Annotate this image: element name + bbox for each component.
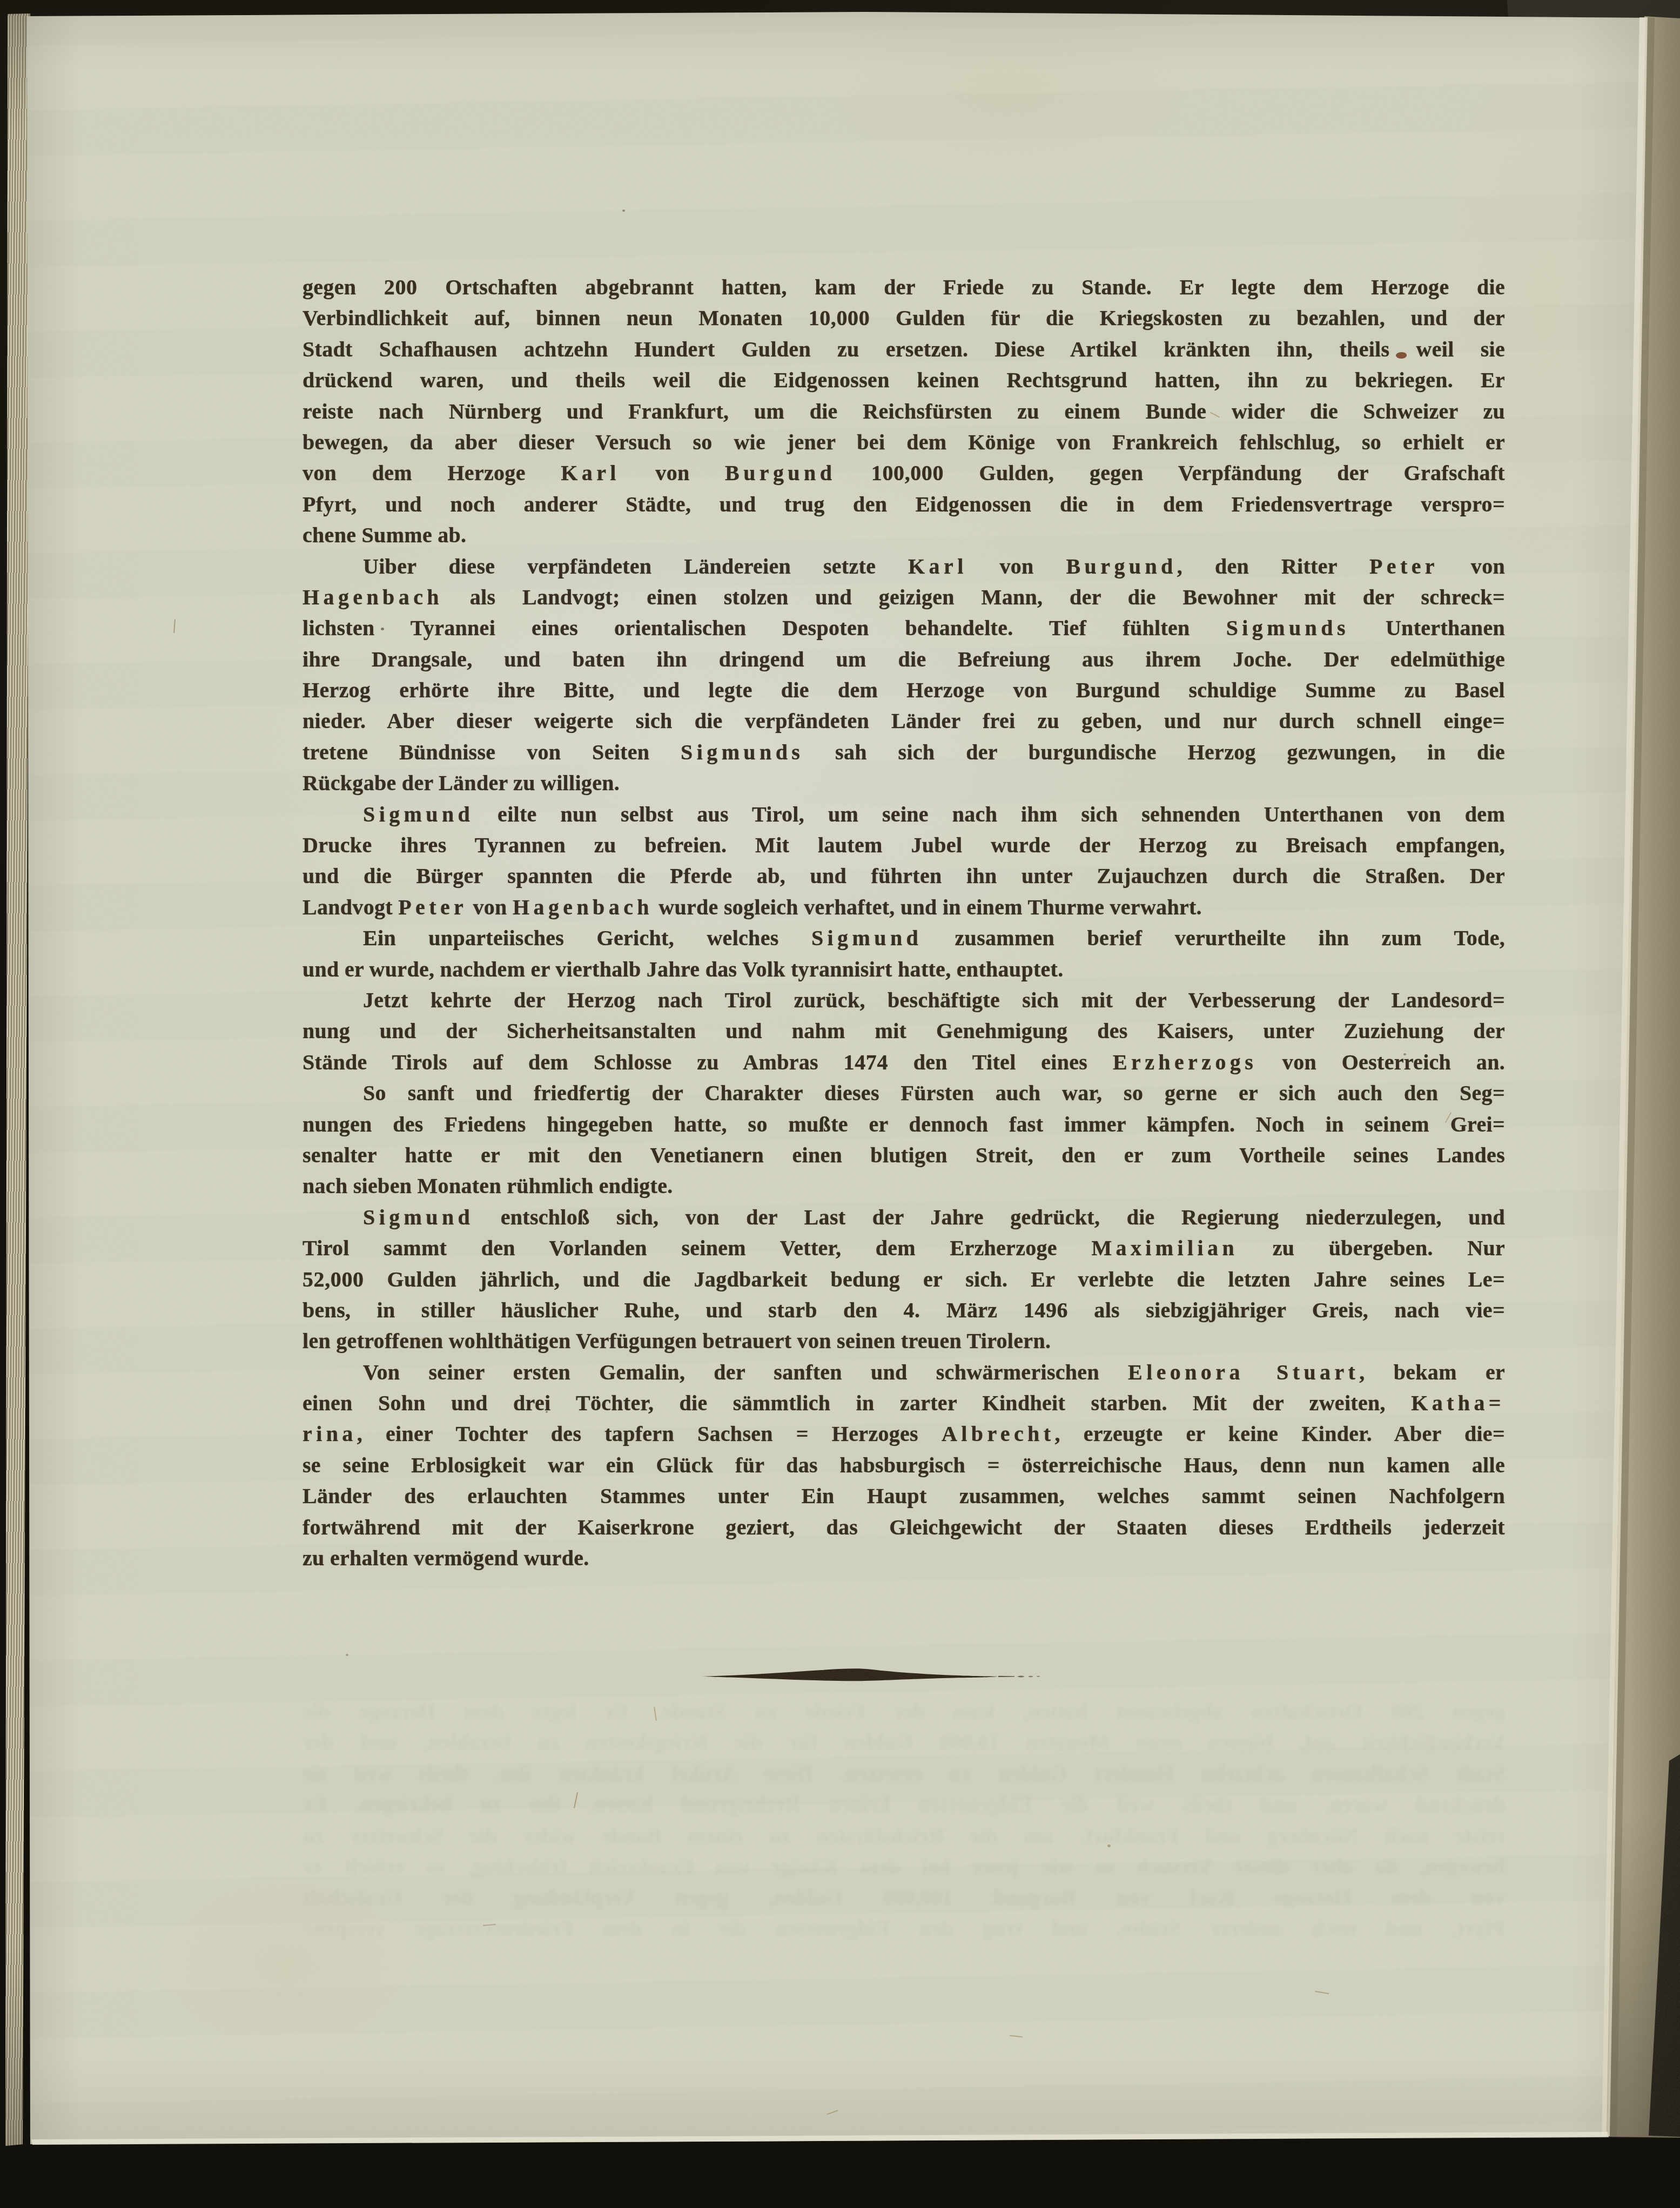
text-run: , erzeugte er keine Kinder. Aber die= xyxy=(1055,1422,1506,1446)
text-line: ihre Drangsale, und baten ihn dringend u… xyxy=(303,644,1505,675)
text-run: zu erhalten vermögend wurde. xyxy=(303,1546,589,1570)
text-run: , bekam er xyxy=(1359,1360,1505,1384)
paragraph: So sanft und friedfertig der Charakter d… xyxy=(303,1078,1505,1202)
text-run: nach sieben Monaten rühmlich endigte. xyxy=(303,1174,673,1198)
numeral: 200 xyxy=(384,275,418,299)
emphasized-name: Karl xyxy=(561,461,620,485)
text-run: entschloß sich, von der Last der Jahre g… xyxy=(474,1205,1505,1229)
paragraph: gegen 200 Ortschaften abgebrannt hatten,… xyxy=(303,272,1505,551)
text-run: senalter hatte er mit den Venetianern ei… xyxy=(303,1143,1505,1167)
text-run: , den Ritter xyxy=(1177,554,1369,578)
numeral: 52,000 xyxy=(303,1267,364,1291)
text-line: Rückgabe der Länder zu willigen. xyxy=(303,768,1505,798)
text-run: sah sich der burgundische Herzog gezwung… xyxy=(804,740,1505,764)
paragraph: Uiber diese verpfändeten Ländereien setz… xyxy=(303,551,1505,799)
text-run: tretene Bündnisse von Seiten xyxy=(303,740,681,764)
text-line: Jetzt kehrte der Herzog nach Tirol zurüc… xyxy=(303,985,1505,1015)
text-line: senalter hatte er mit den Venetianern ei… xyxy=(303,1140,1505,1170)
emphasized-name: Eleonora Stuart xyxy=(1128,1360,1359,1384)
numeral: 100,000 xyxy=(871,461,944,485)
emphasized-name: rina xyxy=(303,1422,357,1446)
text-run: Uiber diese verpfändeten Ländereien setz… xyxy=(363,554,908,578)
paragraph: Von seiner ersten Gemalin, der sanften u… xyxy=(303,1357,1505,1574)
text-run: gegen xyxy=(303,275,384,299)
text-line: gegen 200 Ortschaften abgebrannt hatten,… xyxy=(303,272,1505,302)
emphasized-name: Sigmund xyxy=(811,926,922,950)
paragraph: Sigmund entschloß sich, von der Last der… xyxy=(303,1202,1505,1357)
text-line: Länder des erlauchten Stammes unter Ein … xyxy=(303,1480,1505,1511)
text-line: drückend waren, und theils weil die Eidg… xyxy=(303,365,1505,395)
show-through-line: gegen 200 Ortschaften abgebrannt hatten,… xyxy=(303,1696,1505,1727)
text-run: nungen des Friedens hingegeben hatte, so… xyxy=(303,1112,1505,1136)
text-run: und die Bürger spannten die Pferde ab, u… xyxy=(303,864,1505,888)
paper-speck xyxy=(1403,1053,1406,1055)
text-run: , einer Tochter des tapfern Sachsen = He… xyxy=(357,1422,942,1446)
text-run: se seine Erblosigkeit war ein Glück für … xyxy=(303,1453,1505,1477)
text-line: 52,000 Gulden jährlich, und die Jagdbark… xyxy=(303,1264,1505,1295)
text-run: von xyxy=(967,554,1066,578)
text-run: drückend waren, und theils weil die Eidg… xyxy=(303,368,1505,392)
text-run: zusammen berief verurtheilte ihn zum Tod… xyxy=(922,926,1505,950)
text-line: Hagenbach als Landvogt; einen stolzen un… xyxy=(303,582,1505,612)
paper-speck xyxy=(381,628,384,630)
text-run: Rückgabe der Länder zu willigen. xyxy=(303,771,620,795)
text-run: Ein unparteiisches Gericht, welches xyxy=(363,926,811,950)
text-line: Uiber diese verpfändeten Ländereien setz… xyxy=(303,551,1505,582)
text-run: Pfyrt, und noch anderer Städte, und trug… xyxy=(303,492,1505,516)
text-line: Verbindlichkeit auf, binnen neun Monaten… xyxy=(303,302,1505,333)
paper-speck xyxy=(546,1411,548,1413)
emphasized-name: Burgund xyxy=(1066,554,1177,578)
emphasized-name: Peter xyxy=(1369,554,1439,578)
text-run: bens, in stiller häuslicher Ruhe, und st… xyxy=(303,1298,903,1322)
emphasized-name: Sigmunds xyxy=(681,740,804,764)
text-block: gegen 200 Ortschaften abgebrannt hatten,… xyxy=(303,272,1505,1573)
text-run: einen Sohn und drei Töchter, die sämmtli… xyxy=(303,1391,1411,1415)
text-line: bewegen, da aber dieser Versuch so wie j… xyxy=(303,427,1505,457)
show-through-line: drückend waren, und theils weil die Eidg… xyxy=(303,1789,1505,1820)
section-divider-rule xyxy=(700,1667,1041,1685)
text-line: Pfyrt, und noch anderer Städte, und trug… xyxy=(303,489,1505,520)
text-line: Stadt Schafhausen achtzehn Hundert Gulde… xyxy=(303,334,1505,365)
text-line: einen Sohn und drei Töchter, die sämmtli… xyxy=(303,1388,1505,1418)
text-run: fortwährend mit der Kaiserkrone geziert,… xyxy=(303,1515,1505,1539)
show-through-line: Stadt Schafhausen achtzehn Hundert Gulde… xyxy=(303,1758,1505,1789)
emphasized-name: Peter xyxy=(398,895,467,919)
text-line: und er wurde, nachdem er vierthalb Jahre… xyxy=(303,954,1505,985)
text-run: Gulden jährlich, und die Jagdbarkeit bed… xyxy=(364,1267,1505,1291)
text-run: zu übergeben. Nur xyxy=(1238,1236,1505,1260)
emphasized-name: Katha= xyxy=(1411,1391,1505,1415)
text-run: Von seiner ersten Gemalin, der sanften u… xyxy=(363,1360,1128,1384)
text-line: Von seiner ersten Gemalin, der sanften u… xyxy=(303,1357,1505,1388)
emphasized-name: Erzherzogs xyxy=(1113,1050,1257,1074)
text-run: von xyxy=(1439,554,1505,578)
text-run: lichsten Tyrannei eines orientalischen D… xyxy=(303,616,1226,640)
text-run: Tirol sammt den Vorlanden seinem Vetter,… xyxy=(303,1236,1091,1260)
scanned-book-spread: { "page": { "type": "scanned-book-page",… xyxy=(0,0,1680,2208)
paper-speck xyxy=(346,1654,348,1656)
text-line: se seine Erblosigkeit war ein Glück für … xyxy=(303,1450,1505,1480)
text-run: Drucke ihres Tyrannen zu befreien. Mit l… xyxy=(303,833,1505,857)
text-run: Stadt Schafhausen achtzehn Hundert Gulde… xyxy=(303,337,1505,361)
paper-speck xyxy=(622,210,625,212)
text-run: von dem Herzoge xyxy=(303,461,561,485)
text-line: Landvogt Peter von Hagenbach wurde sogle… xyxy=(303,892,1505,923)
text-line: Sigmund entschloß sich, von der Last der… xyxy=(303,1202,1505,1233)
divider-tail xyxy=(998,1676,1014,1677)
ink-fleck xyxy=(1396,352,1407,359)
emphasized-name: Albrecht xyxy=(942,1422,1055,1446)
text-run: als Landvogt; einen stolzen und geizigen… xyxy=(443,585,1505,609)
numeral: 1496 xyxy=(1024,1298,1068,1322)
text-run: Gulden, gegen Verpfändung der Grafschaft xyxy=(944,461,1505,485)
show-through-text: gegen 200 Ortschaften abgebrannt hatten,… xyxy=(303,1696,1505,1944)
text-run: Unterthanen xyxy=(1349,616,1505,640)
text-run: Herzog erhörte ihre Bitte, und legte die… xyxy=(303,678,1505,702)
text-run: Gulden für die Kriegskosten zu bezahlen,… xyxy=(870,306,1505,330)
emphasized-name: Hagenbach xyxy=(513,895,653,919)
text-run: Verbindlichkeit auf, binnen neun Monaten xyxy=(303,306,809,330)
text-line: len getroffenen wohlthätigen Verfügungen… xyxy=(303,1325,1505,1356)
divider-tail-dot2 xyxy=(1029,1676,1033,1677)
emphasized-name: Maximilian xyxy=(1091,1236,1238,1260)
text-run: reiste nach Nürnberg und Frankfurt, um d… xyxy=(303,399,1505,423)
numeral: 4. xyxy=(903,1298,920,1322)
text-line: nieder. Aber dieser weigerte sich die ve… xyxy=(303,705,1505,736)
text-line: bens, in stiller häuslicher Ruhe, und st… xyxy=(303,1295,1505,1325)
text-line: tretene Bündnisse von Seiten Sigmunds sa… xyxy=(303,737,1505,768)
text-run: von xyxy=(620,461,725,485)
show-through-line: von dem Herzoge Karl von Burgund 100,000… xyxy=(303,1882,1505,1913)
text-line: So sanft und friedfertig der Charakter d… xyxy=(303,1078,1505,1108)
text-run: nieder. Aber dieser weigerte sich die ve… xyxy=(303,709,1505,733)
text-run: ihre Drangsale, und baten ihn dringend u… xyxy=(303,647,1505,671)
numeral: 10,000 xyxy=(809,306,870,330)
text-line: Stände Tirols auf dem Schlosse zu Ambras… xyxy=(303,1047,1505,1078)
text-line: und die Bürger spannten die Pferde ab, u… xyxy=(303,860,1505,891)
text-line: reiste nach Nürnberg und Frankfurt, um d… xyxy=(303,396,1505,427)
paragraph: Ein unparteiisches Gericht, welches Sigm… xyxy=(303,923,1505,985)
text-line: Ein unparteiisches Gericht, welches Sigm… xyxy=(303,923,1505,953)
text-run: So sanft und friedfertig der Charakter d… xyxy=(363,1081,1505,1105)
divider-tail-dot3 xyxy=(1037,1676,1040,1677)
show-through-line: bewegen, da aber dieser Versuch so wie j… xyxy=(303,1851,1505,1882)
text-run: wurde sogleich verhaftet, und in einem T… xyxy=(653,895,1202,919)
divider-swell xyxy=(701,1668,998,1681)
text-run: chene Summe ab. xyxy=(303,523,466,547)
text-run xyxy=(836,461,871,485)
show-through-line: Pfyrt, und noch anderer Städte, und trug… xyxy=(303,1913,1505,1944)
text-line: Herzog erhörte ihre Bitte, und legte die… xyxy=(303,675,1505,705)
text-line: von dem Herzoge Karl von Burgund 100,000… xyxy=(303,457,1505,488)
text-run: von xyxy=(467,895,513,919)
text-line: nach sieben Monaten rühmlich endigte. xyxy=(303,1170,1505,1201)
text-line: Drucke ihres Tyrannen zu befreien. Mit l… xyxy=(303,830,1505,860)
text-run: Ortschaften abgebrannt hatten, kam der F… xyxy=(418,275,1505,299)
text-line: Sigmund eilte nun selbst aus Tirol, um s… xyxy=(303,799,1505,830)
show-through-line: Verbindlichkeit auf, binnen neun Monaten… xyxy=(303,1727,1505,1758)
emphasized-name: Karl xyxy=(908,554,967,578)
text-run: Stände Tirols auf dem Schlosse zu Ambras xyxy=(303,1050,844,1074)
text-run: den Titel eines xyxy=(888,1050,1113,1074)
numeral: 1474 xyxy=(844,1050,888,1074)
text-line: nung und der Sicherheitsanstalten und na… xyxy=(303,1015,1505,1046)
emphasized-name: Sigmunds xyxy=(1226,616,1349,640)
emphasized-name: Hagenbach xyxy=(303,585,443,609)
text-run: bewegen, da aber dieser Versuch so wie j… xyxy=(303,430,1505,454)
text-line: Tirol sammt den Vorlanden seinem Vetter,… xyxy=(303,1233,1505,1263)
text-run: als siebzigjähriger Greis, nach vie= xyxy=(1068,1298,1505,1322)
text-line: zu erhalten vermögend wurde. xyxy=(303,1543,1505,1573)
paragraph: Jetzt kehrte der Herzog nach Tirol zurüc… xyxy=(303,985,1505,1078)
text-run: Jetzt kehrte der Herzog nach Tirol zurüc… xyxy=(363,988,1505,1012)
text-line: fortwährend mit der Kaiserkrone geziert,… xyxy=(303,1512,1505,1543)
paper-speck xyxy=(1107,1845,1111,1847)
text-run: eilte nun selbst aus Tirol, um seine nac… xyxy=(474,802,1505,826)
text-run: Landvogt xyxy=(303,895,398,919)
text-run: Länder des erlauchten Stammes unter Ein … xyxy=(303,1484,1505,1508)
text-run: März xyxy=(920,1298,1024,1322)
emphasized-name: Sigmund xyxy=(363,1205,474,1229)
text-line: chene Summe ab. xyxy=(303,520,1505,550)
text-run: und er wurde, nachdem er vierthalb Jahre… xyxy=(303,957,1064,981)
emphasized-name: Sigmund xyxy=(363,802,474,826)
text-line: lichsten Tyrannei eines orientalischen D… xyxy=(303,612,1505,643)
text-line: nungen des Friedens hingegeben hatte, so… xyxy=(303,1109,1505,1140)
emphasized-name: Burgund xyxy=(725,461,836,485)
text-run: nung und der Sicherheitsanstalten und na… xyxy=(303,1019,1505,1043)
text-run: von Oesterreich an. xyxy=(1257,1050,1505,1074)
divider-tail-dot xyxy=(1018,1676,1024,1678)
paragraph: Sigmund eilte nun selbst aus Tirol, um s… xyxy=(303,799,1505,923)
text-line: rina, einer Tochter des tapfern Sachsen … xyxy=(303,1418,1505,1449)
show-through-line: reiste nach Nürnberg und Frankfurt, um d… xyxy=(303,1820,1505,1851)
